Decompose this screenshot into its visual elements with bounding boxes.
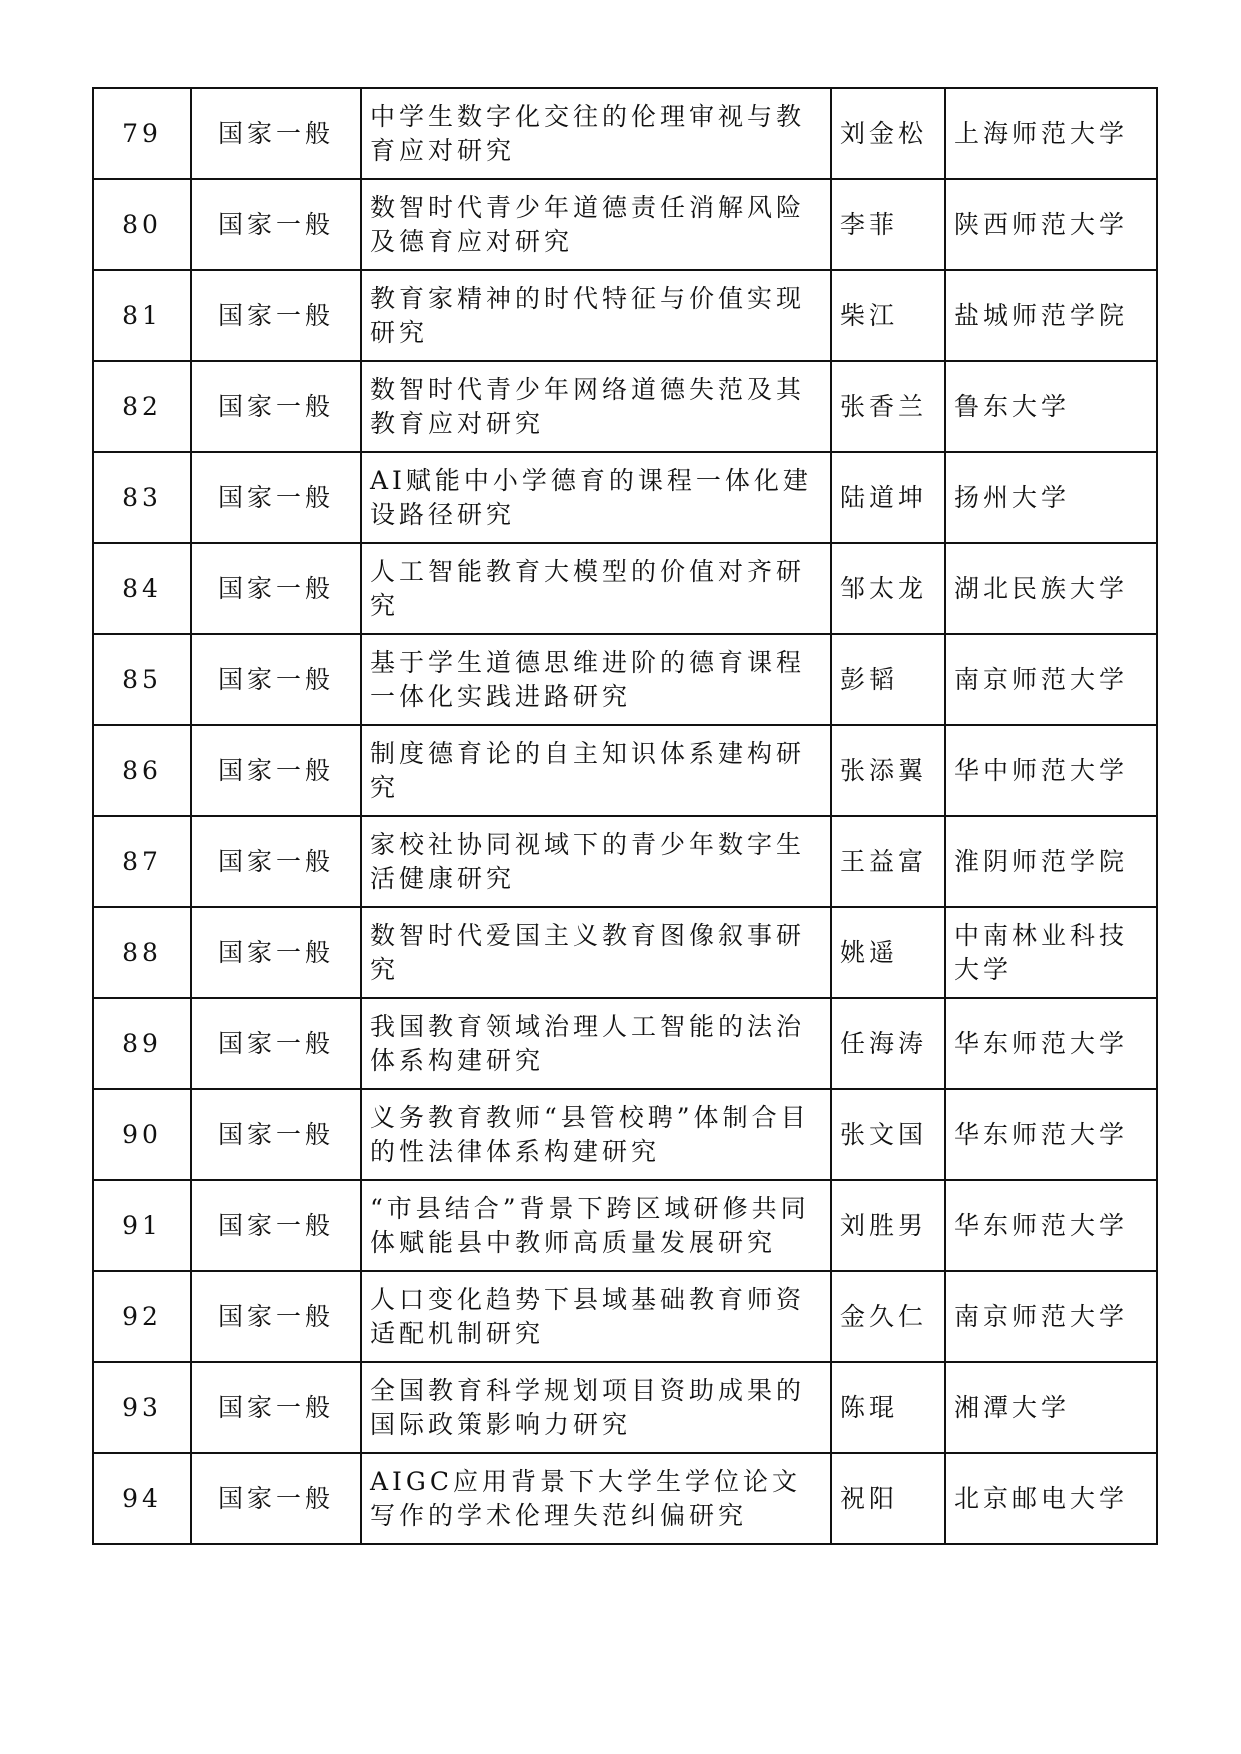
row-number-cell: 82 xyxy=(93,361,191,452)
institution-cell: 湘潭大学 xyxy=(945,1362,1157,1453)
table-row: 84国家一般人工智能教育大模型的价值对齐研究邹太龙湖北民族大学 xyxy=(93,543,1157,634)
institution-cell: 中南林业科技大学 xyxy=(945,907,1157,998)
row-number-cell: 79 xyxy=(93,88,191,179)
table-body: 79国家一般中学生数字化交往的伦理审视与教育应对研究刘金松上海师范大学80国家一… xyxy=(93,88,1157,1544)
row-number-cell: 80 xyxy=(93,179,191,270)
project-type-cell: 国家一般 xyxy=(191,1453,361,1544)
principal-investigator-cell: 张香兰 xyxy=(831,361,945,452)
row-number-cell: 90 xyxy=(93,1089,191,1180)
table-row: 94国家一般AIGC应用背景下大学生学位论文写作的学术伦理失范纠偏研究祝阳北京邮… xyxy=(93,1453,1157,1544)
project-title-cell: 义务教育教师“县管校聘”体制合目的性法律体系构建研究 xyxy=(361,1089,831,1180)
table-row: 86国家一般制度德育论的自主知识体系建构研究张添翼华中师范大学 xyxy=(93,725,1157,816)
table-row: 93国家一般全国教育科学规划项目资助成果的国际政策影响力研究陈琨湘潭大学 xyxy=(93,1362,1157,1453)
table-row: 89国家一般我国教育领域治理人工智能的法治体系构建研究任海涛华东师范大学 xyxy=(93,998,1157,1089)
principal-investigator-cell: 祝阳 xyxy=(831,1453,945,1544)
principal-investigator-cell: 刘胜男 xyxy=(831,1180,945,1271)
table-row: 81国家一般教育家精神的时代特征与价值实现研究柴江盐城师范学院 xyxy=(93,270,1157,361)
project-type-cell: 国家一般 xyxy=(191,1362,361,1453)
project-type-cell: 国家一般 xyxy=(191,816,361,907)
principal-investigator-cell: 柴江 xyxy=(831,270,945,361)
project-title-cell: AI赋能中小学德育的课程一体化建设路径研究 xyxy=(361,452,831,543)
project-type-cell: 国家一般 xyxy=(191,543,361,634)
project-type-cell: 国家一般 xyxy=(191,270,361,361)
principal-investigator-cell: 王益富 xyxy=(831,816,945,907)
institution-cell: 盐城师范学院 xyxy=(945,270,1157,361)
institution-cell: 华中师范大学 xyxy=(945,725,1157,816)
row-number-cell: 88 xyxy=(93,907,191,998)
project-title-cell: 人工智能教育大模型的价值对齐研究 xyxy=(361,543,831,634)
row-number-cell: 87 xyxy=(93,816,191,907)
table-row: 83国家一般AI赋能中小学德育的课程一体化建设路径研究陆道坤扬州大学 xyxy=(93,452,1157,543)
project-type-cell: 国家一般 xyxy=(191,361,361,452)
project-title-cell: 数智时代爱国主义教育图像叙事研究 xyxy=(361,907,831,998)
institution-cell: 南京师范大学 xyxy=(945,1271,1157,1362)
project-title-cell: 中学生数字化交往的伦理审视与教育应对研究 xyxy=(361,88,831,179)
project-title-cell: 人口变化趋势下县域基础教育师资适配机制研究 xyxy=(361,1271,831,1362)
project-type-cell: 国家一般 xyxy=(191,907,361,998)
institution-cell: 北京邮电大学 xyxy=(945,1453,1157,1544)
project-type-cell: 国家一般 xyxy=(191,725,361,816)
project-type-cell: 国家一般 xyxy=(191,634,361,725)
principal-investigator-cell: 彭韬 xyxy=(831,634,945,725)
principal-investigator-cell: 邹太龙 xyxy=(831,543,945,634)
institution-cell: 湖北民族大学 xyxy=(945,543,1157,634)
project-title-cell: AIGC应用背景下大学生学位论文写作的学术伦理失范纠偏研究 xyxy=(361,1453,831,1544)
institution-cell: 淮阴师范学院 xyxy=(945,816,1157,907)
project-type-cell: 国家一般 xyxy=(191,452,361,543)
project-type-cell: 国家一般 xyxy=(191,179,361,270)
principal-investigator-cell: 任海涛 xyxy=(831,998,945,1089)
row-number-cell: 94 xyxy=(93,1453,191,1544)
table-row: 79国家一般中学生数字化交往的伦理审视与教育应对研究刘金松上海师范大学 xyxy=(93,88,1157,179)
institution-cell: 华东师范大学 xyxy=(945,1180,1157,1271)
principal-investigator-cell: 刘金松 xyxy=(831,88,945,179)
project-type-cell: 国家一般 xyxy=(191,1180,361,1271)
principal-investigator-cell: 金久仁 xyxy=(831,1271,945,1362)
project-title-cell: 数智时代青少年网络道德失范及其教育应对研究 xyxy=(361,361,831,452)
project-title-cell: 制度德育论的自主知识体系建构研究 xyxy=(361,725,831,816)
principal-investigator-cell: 陆道坤 xyxy=(831,452,945,543)
principal-investigator-cell: 李菲 xyxy=(831,179,945,270)
principal-investigator-cell: 张文国 xyxy=(831,1089,945,1180)
project-title-cell: 数智时代青少年道德责任消解风险及德育应对研究 xyxy=(361,179,831,270)
table-row: 92国家一般人口变化趋势下县域基础教育师资适配机制研究金久仁南京师范大学 xyxy=(93,1271,1157,1362)
project-title-cell: 全国教育科学规划项目资助成果的国际政策影响力研究 xyxy=(361,1362,831,1453)
row-number-cell: 86 xyxy=(93,725,191,816)
table-row: 85国家一般基于学生道德思维进阶的德育课程一体化实践进路研究彭韬南京师范大学 xyxy=(93,634,1157,725)
row-number-cell: 85 xyxy=(93,634,191,725)
principal-investigator-cell: 陈琨 xyxy=(831,1362,945,1453)
project-type-cell: 国家一般 xyxy=(191,1271,361,1362)
project-type-cell: 国家一般 xyxy=(191,1089,361,1180)
project-title-cell: 基于学生道德思维进阶的德育课程一体化实践进路研究 xyxy=(361,634,831,725)
table-row: 91国家一般“市县结合”背景下跨区域研修共同体赋能县中教师高质量发展研究刘胜男华… xyxy=(93,1180,1157,1271)
project-title-cell: “市县结合”背景下跨区域研修共同体赋能县中教师高质量发展研究 xyxy=(361,1180,831,1271)
institution-cell: 鲁东大学 xyxy=(945,361,1157,452)
project-list-table: 79国家一般中学生数字化交往的伦理审视与教育应对研究刘金松上海师范大学80国家一… xyxy=(92,87,1158,1545)
row-number-cell: 83 xyxy=(93,452,191,543)
row-number-cell: 89 xyxy=(93,998,191,1089)
project-title-cell: 我国教育领域治理人工智能的法治体系构建研究 xyxy=(361,998,831,1089)
principal-investigator-cell: 姚遥 xyxy=(831,907,945,998)
row-number-cell: 84 xyxy=(93,543,191,634)
table-row: 82国家一般数智时代青少年网络道德失范及其教育应对研究张香兰鲁东大学 xyxy=(93,361,1157,452)
project-type-cell: 国家一般 xyxy=(191,998,361,1089)
table-row: 87国家一般家校社协同视域下的青少年数字生活健康研究王益富淮阴师范学院 xyxy=(93,816,1157,907)
row-number-cell: 91 xyxy=(93,1180,191,1271)
table-row: 88国家一般数智时代爱国主义教育图像叙事研究姚遥中南林业科技大学 xyxy=(93,907,1157,998)
project-title-cell: 教育家精神的时代特征与价值实现研究 xyxy=(361,270,831,361)
institution-cell: 陕西师范大学 xyxy=(945,179,1157,270)
institution-cell: 南京师范大学 xyxy=(945,634,1157,725)
institution-cell: 扬州大学 xyxy=(945,452,1157,543)
row-number-cell: 81 xyxy=(93,270,191,361)
row-number-cell: 92 xyxy=(93,1271,191,1362)
institution-cell: 上海师范大学 xyxy=(945,88,1157,179)
row-number-cell: 93 xyxy=(93,1362,191,1453)
institution-cell: 华东师范大学 xyxy=(945,998,1157,1089)
table-row: 80国家一般数智时代青少年道德责任消解风险及德育应对研究李菲陕西师范大学 xyxy=(93,179,1157,270)
table-row: 90国家一般义务教育教师“县管校聘”体制合目的性法律体系构建研究张文国华东师范大… xyxy=(93,1089,1157,1180)
project-type-cell: 国家一般 xyxy=(191,88,361,179)
principal-investigator-cell: 张添翼 xyxy=(831,725,945,816)
institution-cell: 华东师范大学 xyxy=(945,1089,1157,1180)
project-title-cell: 家校社协同视域下的青少年数字生活健康研究 xyxy=(361,816,831,907)
